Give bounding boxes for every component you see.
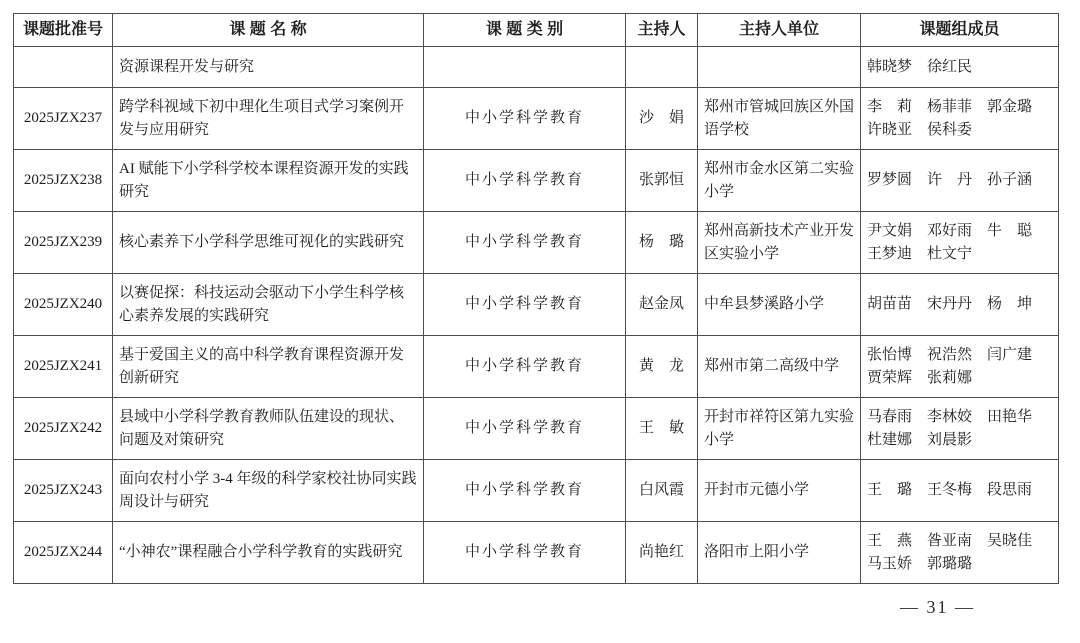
cell-leader-org: 中牟县梦溪路小学 [698,274,861,336]
cell-members: 尹文娟 邓好雨 牛 聪王梦迪 杜文宁 [861,212,1059,274]
cell-project-title: 面向农村小学 3-4 年级的科学家校社协同实践周设计与研究 [113,460,424,522]
table-header-row: 课题批准号 课 题 名 称 课 题 类 别 主持人 主持人单位 课题组成员 [14,14,1059,47]
header-approval-number: 课题批准号 [14,14,113,47]
cell-leader-org: 郑州市第二高级中学 [698,336,861,398]
cell-approval-number: 2025JZX239 [14,212,113,274]
cell-members: 张怡博 祝浩然 闫广建贾荣辉 张莉娜 [861,336,1059,398]
table-row: 2025JZX237 跨学科视域下初中理化生项目式学习案例开发与应用研究 中小学… [14,88,1059,150]
cell-members: 李 莉 杨菲菲 郭金璐许晓亚 侯科委 [861,88,1059,150]
member-line: 李 莉 杨菲菲 郭金璐 [867,96,1052,119]
cell-leader-org: 郑州高新技术产业开发区实验小学 [698,212,861,274]
member-line: 张怡博 祝浩然 闫广建 [867,344,1052,367]
cell-leader-org: 开封市元德小学 [698,460,861,522]
cell-project-title: 基于爱国主义的高中科学教育课程资源开发创新研究 [113,336,424,398]
cell-leader: 王 敏 [626,398,698,460]
cell-category [424,47,626,88]
cell-leader-org: 郑州市金水区第二实验小学 [698,150,861,212]
member-line: 罗梦圆 许 丹 孙子涵 [867,169,1052,192]
member-line: 王 燕 昝亚南 吴晓佳 [867,530,1052,553]
cell-project-title: 资源课程开发与研究 [113,47,424,88]
cell-category: 中小学科学教育 [424,336,626,398]
cell-members: 马春雨 李林姣 田艳华杜建娜 刘晨影 [861,398,1059,460]
member-line: 贾荣辉 张莉娜 [867,367,1052,390]
member-line: 马春雨 李林姣 田艳华 [867,406,1052,429]
table-row: 资源课程开发与研究 韩晓梦 徐红民 [14,47,1059,88]
member-line: 胡苗苗 宋丹丹 杨 坤 [867,293,1052,316]
member-line: 杜建娜 刘晨影 [867,429,1052,452]
member-line: 尹文娟 邓好雨 牛 聪 [867,220,1052,243]
cell-approval-number: 2025JZX242 [14,398,113,460]
member-line: 王梦迪 杜文宁 [867,243,1052,266]
cell-project-title: 跨学科视域下初中理化生项目式学习案例开发与应用研究 [113,88,424,150]
cell-leader: 白风霞 [626,460,698,522]
table-row: 2025JZX238 AI 赋能下小学科学校本课程资源开发的实践研究 中小学科学… [14,150,1059,212]
member-line: 韩晓梦 徐红民 [867,56,1052,79]
header-members: 课题组成员 [861,14,1059,47]
member-line: 王 璐 王冬梅 段思雨 [867,479,1052,502]
header-leader-org: 主持人单位 [698,14,861,47]
cell-members: 韩晓梦 徐红民 [861,47,1059,88]
cell-leader: 张郭恒 [626,150,698,212]
header-leader: 主持人 [626,14,698,47]
cell-members: 王 燕 昝亚南 吴晓佳马玉娇 郭璐璐 [861,522,1059,584]
cell-project-title: 以赛促探：科技运动会驱动下小学生科学核心素养发展的实践研究 [113,274,424,336]
cell-leader-org [698,47,861,88]
table-row: 2025JZX243 面向农村小学 3-4 年级的科学家校社协同实践周设计与研究… [14,460,1059,522]
cell-leader: 杨 璐 [626,212,698,274]
table-row: 2025JZX239 核心素养下小学科学思维可视化的实践研究 中小学科学教育 杨… [14,212,1059,274]
cell-leader: 尚艳红 [626,522,698,584]
cell-category: 中小学科学教育 [424,150,626,212]
page-number: — 31 — [900,597,975,618]
cell-approval-number [14,47,113,88]
member-line: 许晓亚 侯科委 [867,119,1052,142]
cell-leader-org: 洛阳市上阳小学 [698,522,861,584]
cell-approval-number: 2025JZX240 [14,274,113,336]
project-approval-table: 课题批准号 课 题 名 称 课 题 类 别 主持人 主持人单位 课题组成员 资源… [13,13,1059,584]
cell-project-title: 县域中小学科学教育教师队伍建设的现状、问题及对策研究 [113,398,424,460]
cell-approval-number: 2025JZX238 [14,150,113,212]
cell-approval-number: 2025JZX241 [14,336,113,398]
cell-leader: 黄 龙 [626,336,698,398]
cell-approval-number: 2025JZX243 [14,460,113,522]
cell-project-title: 核心素养下小学科学思维可视化的实践研究 [113,212,424,274]
cell-approval-number: 2025JZX244 [14,522,113,584]
cell-project-title: “小神农”课程融合小学科学教育的实践研究 [113,522,424,584]
cell-category: 中小学科学教育 [424,460,626,522]
cell-category: 中小学科学教育 [424,274,626,336]
cell-members: 胡苗苗 宋丹丹 杨 坤 [861,274,1059,336]
cell-members: 罗梦圆 许 丹 孙子涵 [861,150,1059,212]
cell-project-title: AI 赋能下小学科学校本课程资源开发的实践研究 [113,150,424,212]
cell-leader-org: 开封市祥符区第九实验小学 [698,398,861,460]
header-project-title: 课 题 名 称 [113,14,424,47]
table-row: 2025JZX240 以赛促探：科技运动会驱动下小学生科学核心素养发展的实践研究… [14,274,1059,336]
cell-leader-org: 郑州市管城回族区外国语学校 [698,88,861,150]
header-category: 课 题 类 别 [424,14,626,47]
cell-members: 王 璐 王冬梅 段思雨 [861,460,1059,522]
cell-approval-number: 2025JZX237 [14,88,113,150]
table-row: 2025JZX244 “小神农”课程融合小学科学教育的实践研究 中小学科学教育 … [14,522,1059,584]
member-line: 马玉娇 郭璐璐 [867,553,1052,576]
cell-category: 中小学科学教育 [424,88,626,150]
cell-category: 中小学科学教育 [424,398,626,460]
cell-leader: 沙 娟 [626,88,698,150]
table-row: 2025JZX242 县域中小学科学教育教师队伍建设的现状、问题及对策研究 中小… [14,398,1059,460]
cell-category: 中小学科学教育 [424,522,626,584]
table-row: 2025JZX241 基于爱国主义的高中科学教育课程资源开发创新研究 中小学科学… [14,336,1059,398]
cell-leader: 赵金凤 [626,274,698,336]
cell-leader [626,47,698,88]
cell-category: 中小学科学教育 [424,212,626,274]
